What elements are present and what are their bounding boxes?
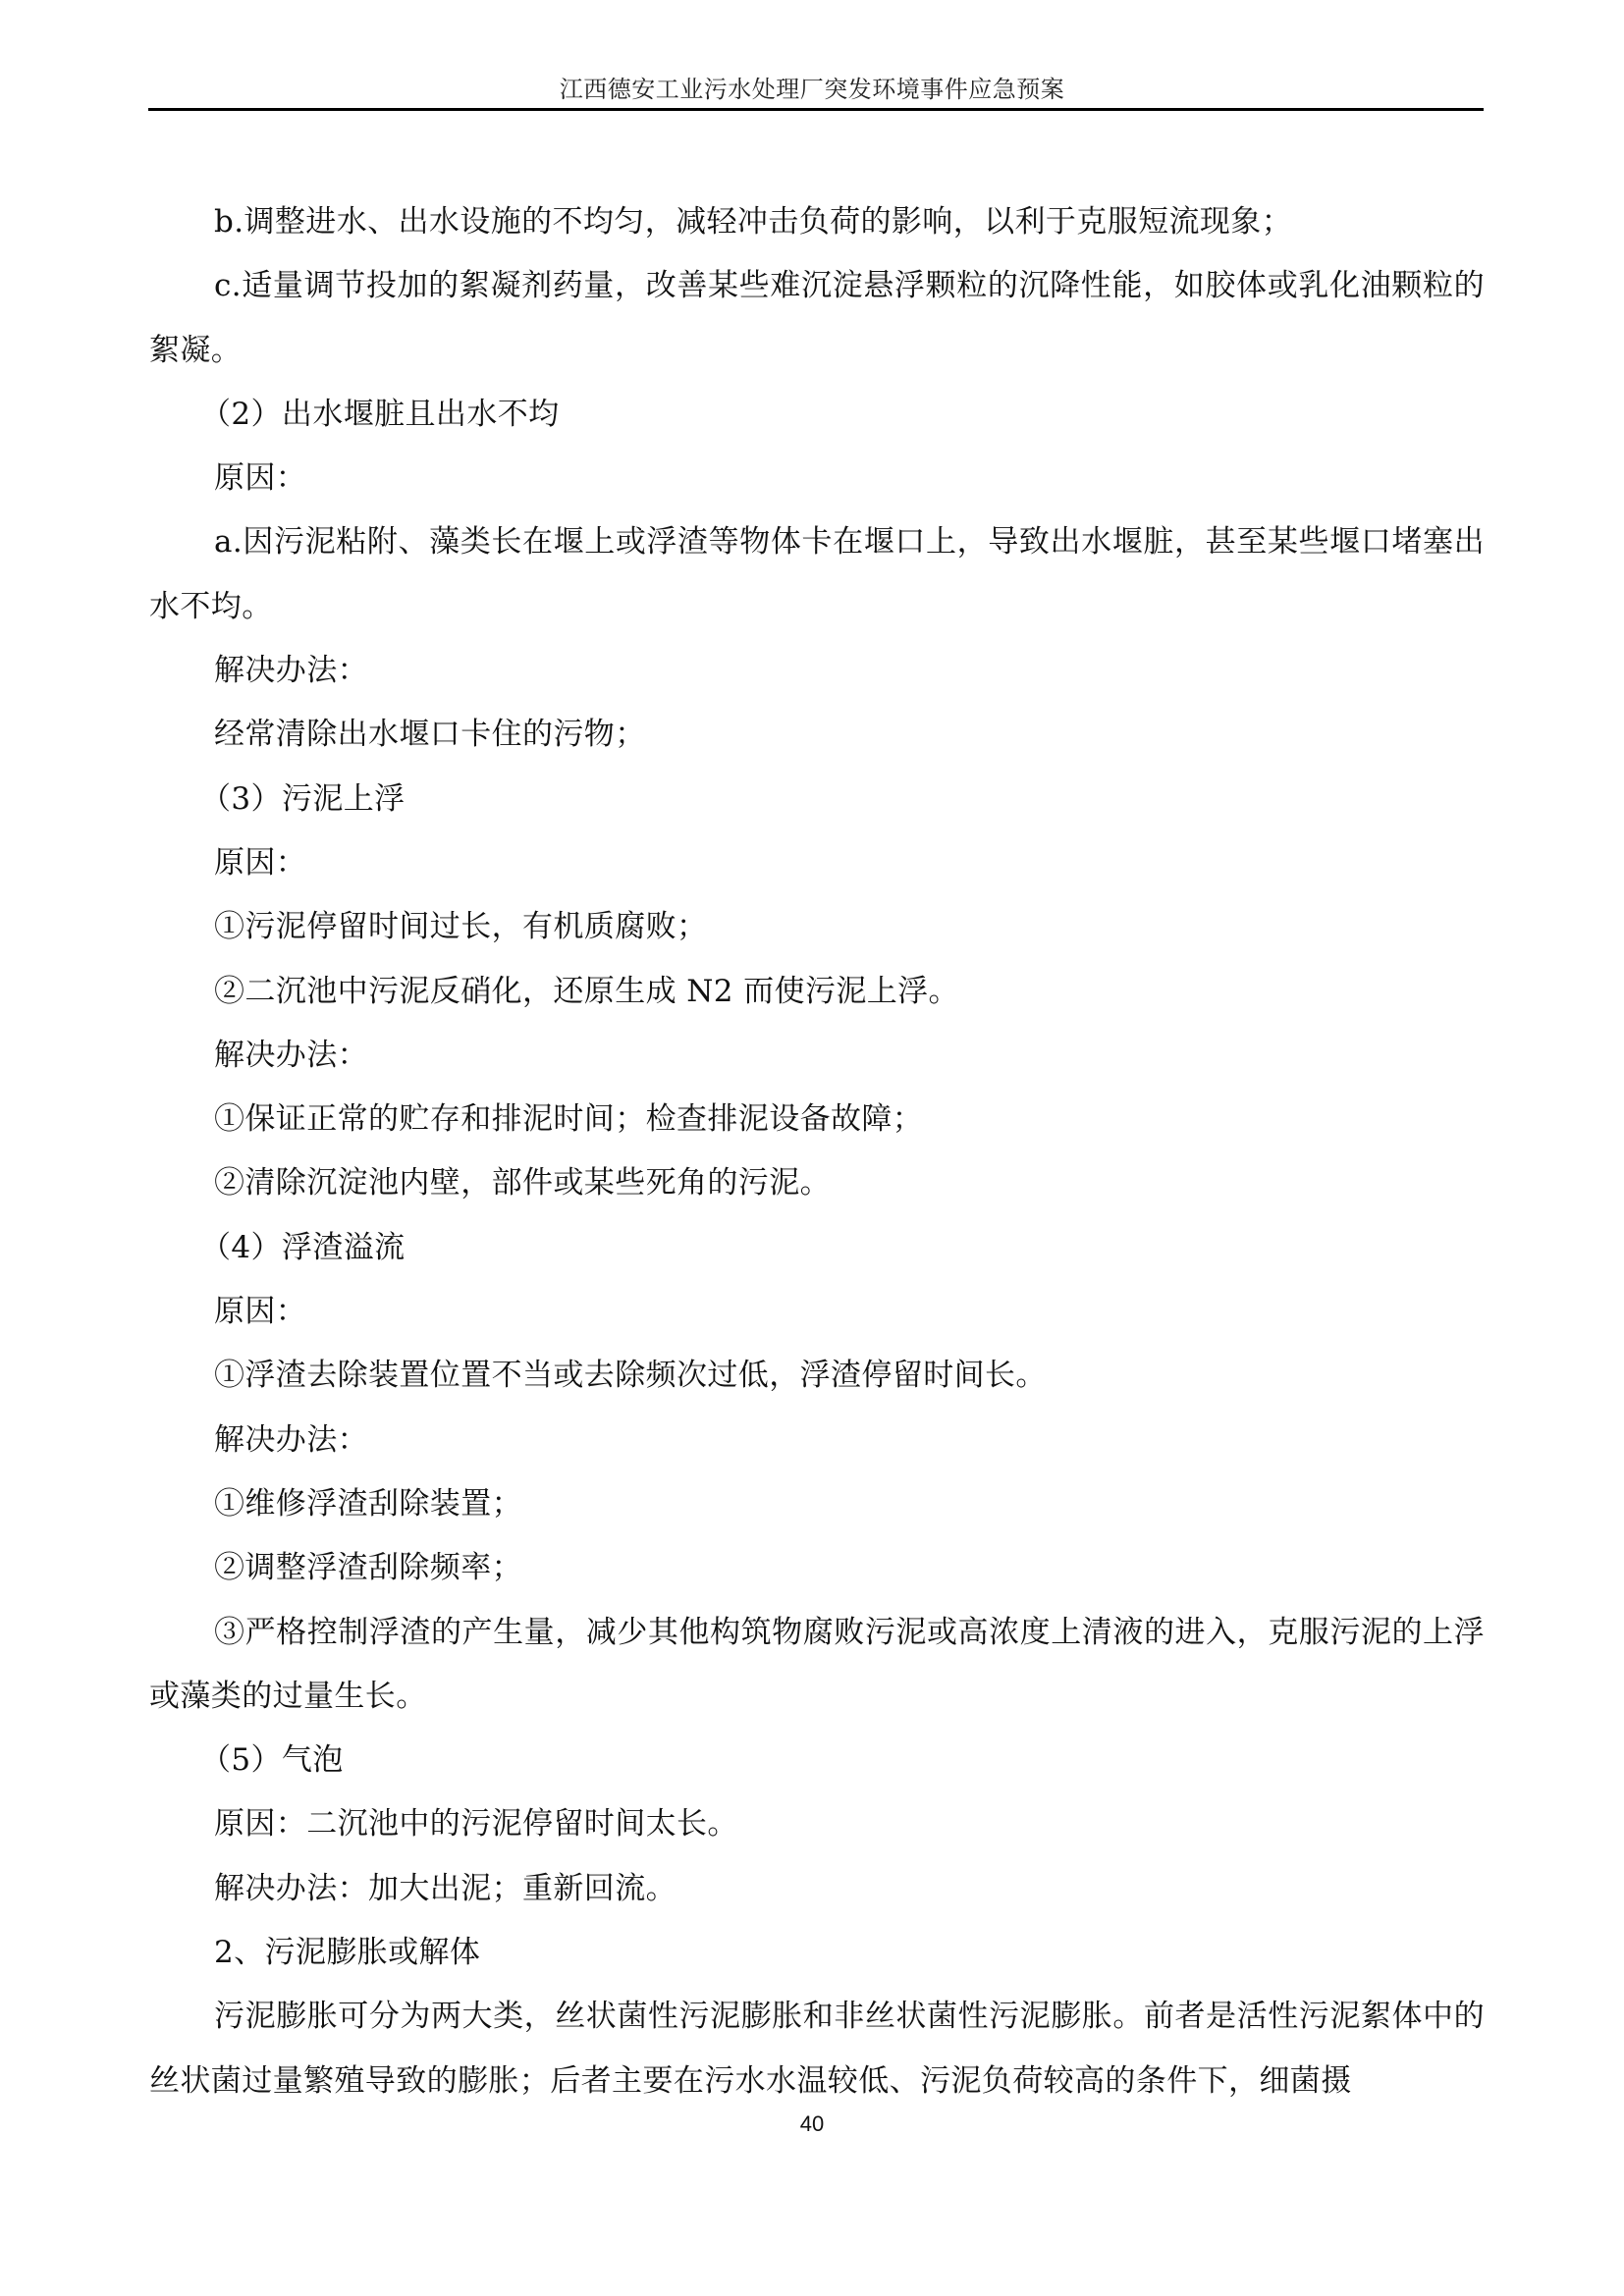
subheading-scum-overflow: （4）浮渣溢流 (149, 1216, 1485, 1280)
paragraph-solution-3: ③严格控制浮渣的产生量，减少其他构筑物腐败污泥或高浓度上清液的进入，克服污泥的上… (149, 1601, 1485, 1730)
paragraph-cause-a: a.因污泥粘附、藻类长在堰上或浮渣等物体卡在堰口上，导致出水堰脏，甚至某些堰口堵… (149, 510, 1485, 639)
document-body: b.调整进水、出水设施的不均匀，减轻冲击负荷的影响，以利于克服短流现象； c.适… (149, 190, 1485, 2113)
paragraph-cause-1: ①浮渣去除装置位置不当或去除频次过低，浮渣停留时间长。 (149, 1344, 1485, 1408)
paragraph-item-c: c.适量调节投加的絮凝剂药量，改善某些难沉淀悬浮颗粒的沉降性能，如胶体或乳化油颗… (149, 254, 1485, 383)
paragraph-solution-1: ①保证正常的贮存和排泥时间；检查排泥设备故障； (149, 1088, 1485, 1151)
document-header-title: 江西德安工业污水处理厂突发环境事件应急预案 (0, 75, 1624, 104)
label-cause: 原因： (149, 1280, 1485, 1344)
header-divider (148, 108, 1484, 111)
paragraph-solution-2: ②调整浮渣刮除频率； (149, 1536, 1485, 1600)
section-heading-sludge-bulking: 2、污泥膨胀或解体 (149, 1921, 1485, 1985)
label-cause: 原因： (149, 831, 1485, 895)
label-cause: 原因： (149, 447, 1485, 510)
label-solution: 解决办法： (149, 639, 1485, 703)
paragraph-cause: 原因：二沉池中的污泥停留时间太长。 (149, 1792, 1485, 1856)
paragraph-cause-1: ①污泥停留时间过长，有机质腐败； (149, 895, 1485, 959)
paragraph-solution-1: ①维修浮渣刮除装置； (149, 1472, 1485, 1536)
paragraph-solution: 解决办法：加大出泥；重新回流。 (149, 1857, 1485, 1921)
page-number: 40 (0, 2110, 1624, 2138)
subheading-sludge-floating: （3）污泥上浮 (149, 768, 1485, 831)
subheading-weir-dirty: （2）出水堰脏且出水不均 (149, 383, 1485, 447)
label-solution: 解决办法： (149, 1024, 1485, 1088)
paragraph-cause-2: ②二沉池中污泥反硝化，还原生成 N2 而使污泥上浮。 (149, 960, 1485, 1024)
paragraph-solution-2: ②清除沉淀池内壁，部件或某些死角的污泥。 (149, 1151, 1485, 1215)
paragraph-sludge-bulking: 污泥膨胀可分为两大类，丝状菌性污泥膨胀和非丝状菌性污泥膨胀。前者是活性污泥絮体中… (149, 1985, 1485, 2113)
subheading-bubbles: （5）气泡 (149, 1729, 1485, 1792)
paragraph-item-b: b.调整进水、出水设施的不均匀，减轻冲击负荷的影响，以利于克服短流现象； (149, 190, 1485, 254)
label-solution: 解决办法： (149, 1409, 1485, 1472)
paragraph-solution: 经常清除出水堰口卡住的污物； (149, 703, 1485, 767)
